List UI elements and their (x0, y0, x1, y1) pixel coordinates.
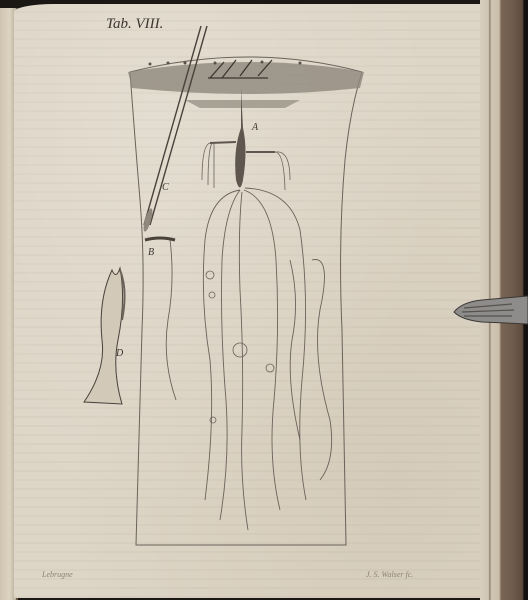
label-c: C (162, 182, 169, 193)
engraver-signature-right: J. S. Walser fc. (366, 570, 413, 579)
engraver-signature-left: Lebrugne (42, 570, 73, 579)
label-d: D (115, 348, 124, 359)
figure-d-polyp (84, 268, 123, 404)
book-photo: Tab. VIII. (0, 0, 528, 600)
engraving-illustration: A B C D (0, 0, 528, 600)
vessel-outline (130, 57, 362, 545)
glass-rod (144, 26, 207, 225)
page-clip (452, 288, 528, 332)
label-b: B (148, 247, 154, 258)
specimen-b (145, 238, 175, 240)
label-a: A (251, 122, 259, 133)
